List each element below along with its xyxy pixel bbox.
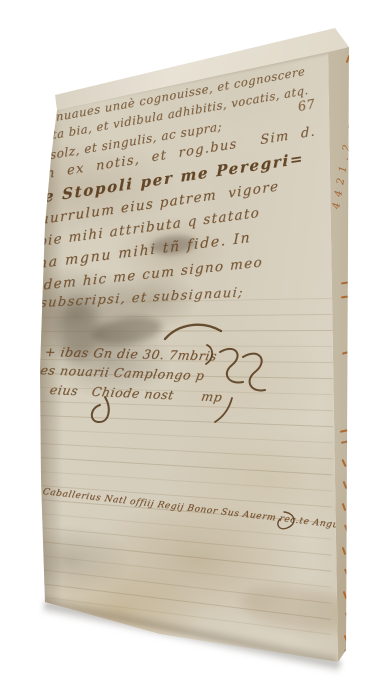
ruled-line: [39, 330, 333, 332]
manuscript-photo: 4421.2.o uotos qm dixerunt, et attentaue…: [0, 0, 376, 700]
stitch-mark: [342, 351, 348, 354]
stitch-mark: [342, 547, 347, 555]
stitch-mark: [344, 568, 349, 577]
stitch-mark: [340, 429, 348, 433]
ruled-line: [39, 569, 331, 604]
notary-rubric-loops: [220, 349, 265, 391]
ruled-line: [39, 429, 333, 443]
signature-arc-flourish: [165, 325, 221, 339]
ruled-line: [39, 314, 333, 318]
ruled-line: [39, 457, 333, 475]
stitch-mark: [342, 503, 347, 511]
stitch-mark: [346, 55, 351, 63]
ruled-line: [39, 541, 332, 572]
stitch-mark: [341, 459, 346, 467]
stitch-mark: [341, 440, 349, 444]
ruled-line: [39, 415, 333, 427]
spine-inscription: 4421.2.o: [331, 117, 358, 210]
stitch-mark: [344, 524, 349, 533]
stitch-mark: [341, 296, 348, 299]
ruled-line: [39, 443, 333, 459]
stitch-mark: [345, 612, 350, 621]
stitch-mark: [341, 282, 348, 285]
ruled-line: [39, 555, 331, 588]
notary-signature-line: + ibas Gn die 30. 7mbris: [44, 344, 219, 363]
notary-signature-line: eius Chiode nost mp: [49, 382, 224, 404]
stitch-mark: [343, 481, 348, 489]
ruled-line: [39, 527, 332, 556]
folio-number: 67: [297, 97, 317, 115]
stitch-mark: [344, 635, 349, 643]
notary-signature-line: pes nouarii Camplongo p: [31, 362, 206, 383]
stitch-mark: [343, 591, 348, 599]
docket-line: z Caballerius Natl offiij Regij Bonor Su…: [33, 486, 351, 532]
stitch-mark: [344, 649, 349, 656]
